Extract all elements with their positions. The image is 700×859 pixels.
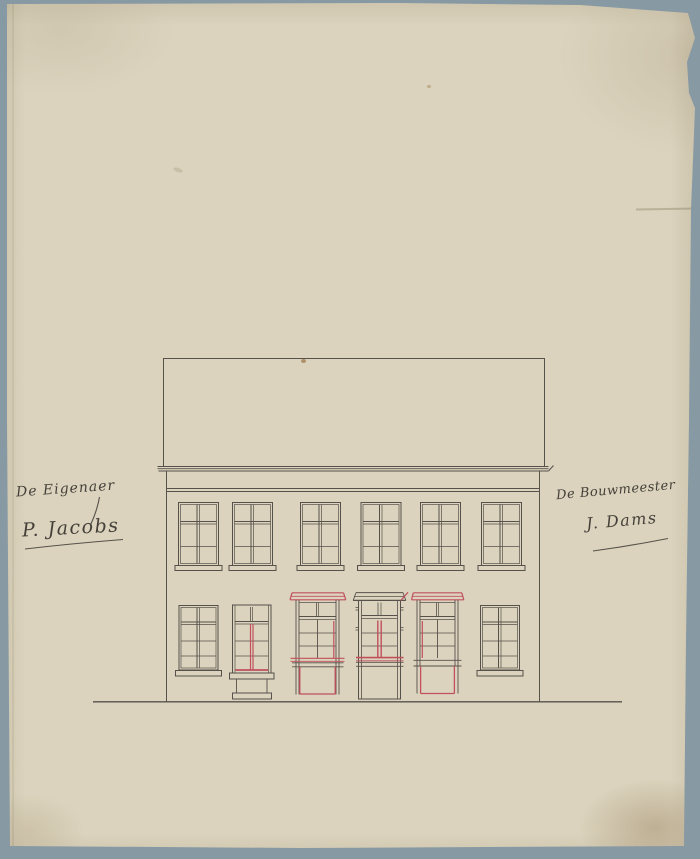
paper-sheet: De Eigenaer P. Jacobs De Bouwmeester J. … (0, 0, 700, 859)
signature-flourishes (25, 497, 668, 551)
ground-opening-red-hood-right (412, 593, 464, 694)
ground-opening-center-door (353, 593, 406, 700)
ground-floor-window-left (176, 606, 222, 677)
string-course (167, 489, 540, 492)
cornice-molding (158, 466, 554, 472)
ground-floor-window-right (477, 606, 523, 677)
scan-background: De Eigenaer P. Jacobs De Bouwmeester J. … (0, 0, 700, 859)
ground-opening-red-mullion (230, 605, 275, 699)
upper-floor-windows (175, 503, 525, 571)
roof-block (164, 359, 545, 467)
facade-drawing (0, 0, 700, 859)
ground-opening-red-hood-left (290, 593, 346, 695)
